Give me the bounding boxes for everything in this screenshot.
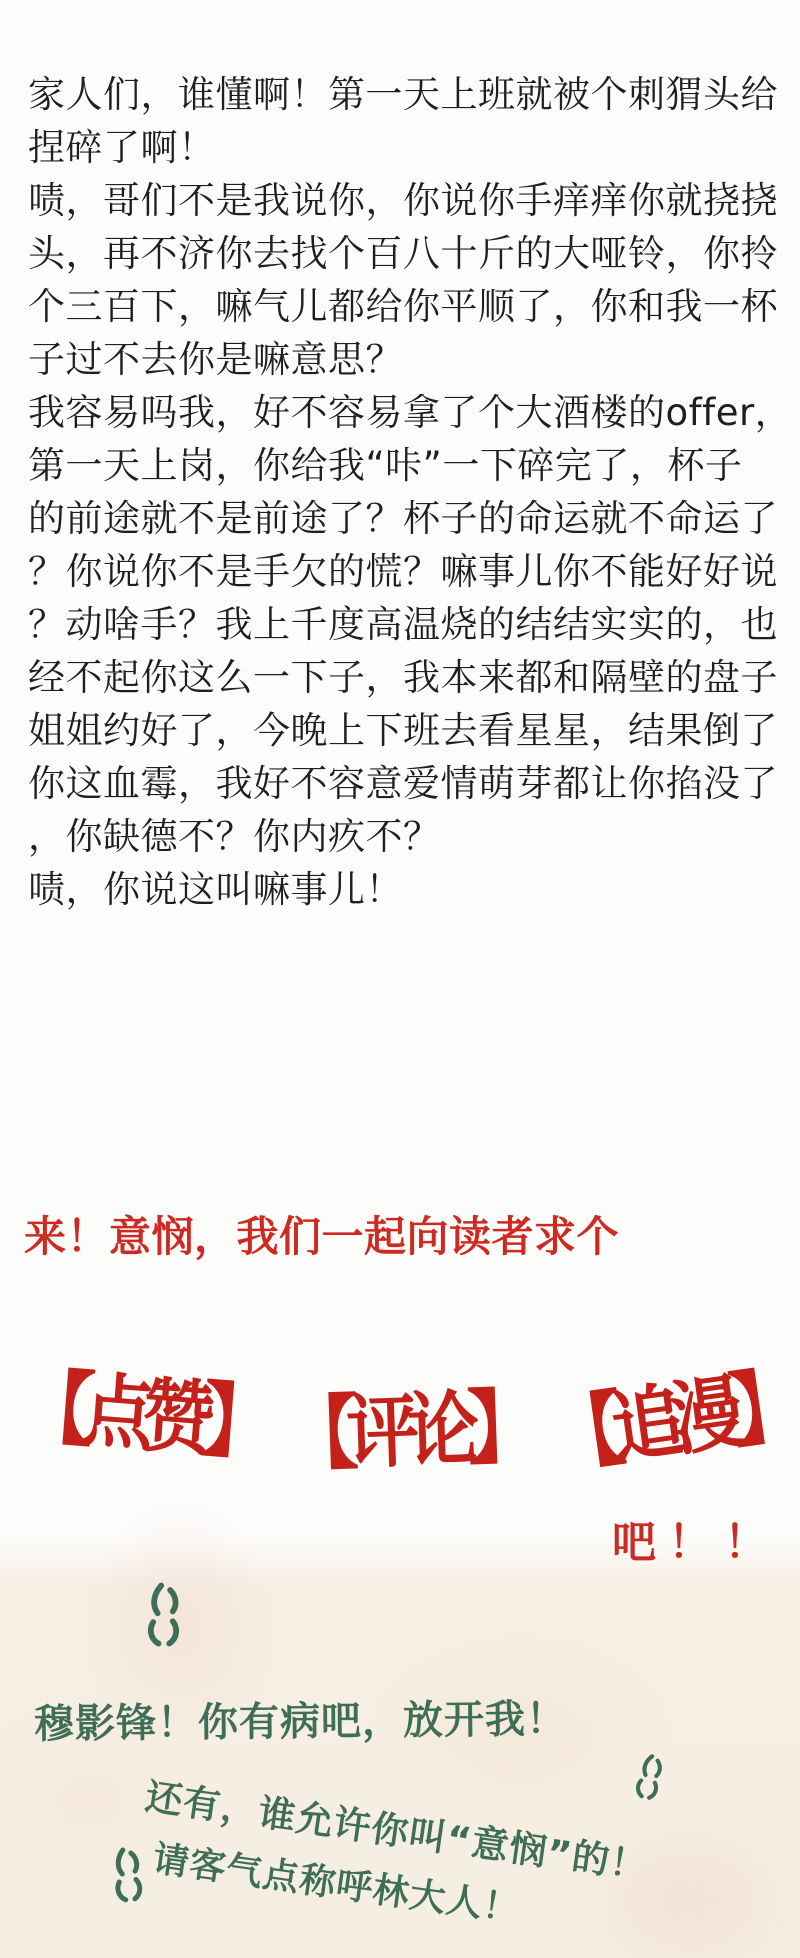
monologue-line: 啧，你说这叫嘛事儿！ (28, 863, 778, 916)
anger-vein-icon (101, 1844, 153, 1906)
cta-action-like: 【点赞】 (18, 1340, 268, 1475)
cta-suffix-text: 吧！！ (612, 1506, 780, 1570)
cta-intro-text: 来！意悯，我们一起向读者求个 (24, 1204, 619, 1264)
anger-vein-icon (136, 1582, 190, 1648)
retort-line: 穆影锋！你有病吧，放开我！ (34, 1687, 568, 1750)
cup-monologue: 家人们，谁懂啊！第一天上班就被个刺猬头给 捏碎了啊！ 啧，哥们不是我说你，你说你… (28, 68, 778, 916)
cta-actions-row: 【点赞】 【评论】 【追漫】 (22, 1356, 792, 1460)
monologue-line: 我容易吗我，好不容易拿了个大酒楼的offer， (28, 386, 778, 439)
monologue-line: 捏碎了啊！ (28, 121, 778, 174)
monologue-line: ？动啥手？我上千度高温烧的结结实实的，也 (28, 598, 778, 651)
monologue-line: 第一天上岗，你给我“咔”一下碎完了，杯子 (28, 439, 778, 492)
monologue-line: 姐姐约好了，今晚上下班去看星星，结果倒了 (28, 704, 778, 757)
retort-tilted-block: 还有，谁允许你叫“意悯”的！ 请客气点称呼林大人！ (134, 1766, 652, 1949)
monologue-line: ？你说你不是手欠的慌？嘛事儿你不能好好说 (28, 545, 778, 598)
monologue-line: 家人们，谁懂啊！第一天上班就被个刺猬头给 (28, 68, 778, 121)
monologue-line: 经不起你这么一下子，我本来都和隔壁的盘子 (28, 651, 778, 704)
monologue-line: 啧，哥们不是我说你，你说你手痒痒你就挠挠 (28, 174, 778, 227)
monologue-line: 你这血霉，我好不容意爱情萌芽都让你掐没了 (28, 757, 778, 810)
cta-action-follow: 【追漫】 (543, 1339, 799, 1488)
monologue-line: ，你缺德不？你内疚不？ (28, 810, 778, 863)
comic-afterword-page: 家人们，谁懂啊！第一天上班就被个刺猬头给 捏碎了啊！ 啧，哥们不是我说你，你说你… (0, 0, 800, 1958)
monologue-line: 子过不去你是嘛意思？ (28, 333, 778, 386)
cta-action-comment: 【评论】 (284, 1362, 530, 1487)
anger-vein-icon (625, 1749, 673, 1806)
monologue-line: 个三百下，嘛气儿都给你平顺了，你和我一杯 (28, 280, 778, 333)
monologue-line: 的前途就不是前途了？杯子的命运就不命运了 (28, 492, 778, 545)
monologue-line: 头，再不济你去找个百八十斤的大哑铃，你拎 (28, 227, 778, 280)
